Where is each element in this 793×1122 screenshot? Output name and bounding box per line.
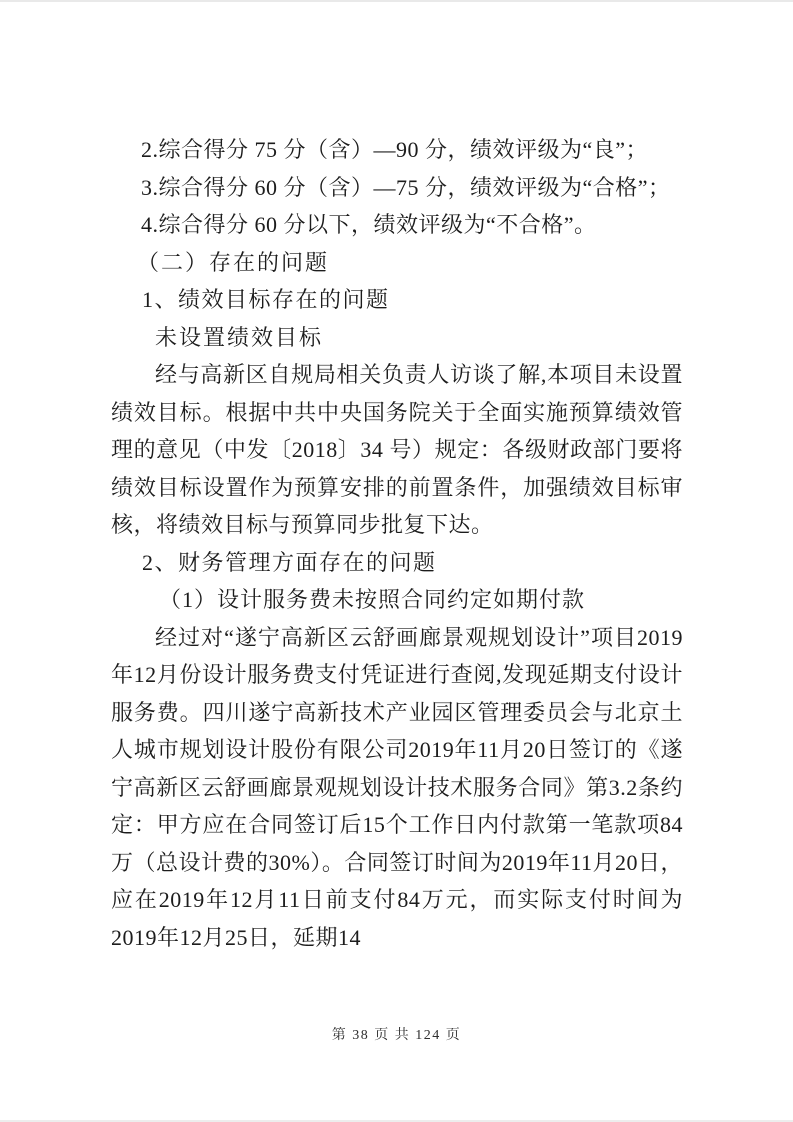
section-heading-problems: （二）存在的问题 (111, 244, 683, 282)
subsection-heading-financial-management-problems: 2、财务管理方面存在的问题 (111, 544, 683, 582)
subsubsection-heading-late-payment: （1）设计服务费未按照合同约定如期付款 (111, 581, 683, 619)
grade-item-2: 2.综合得分 75 分（含）—90 分，绩效评级为“良”； (111, 131, 683, 169)
grade-item-4: 4.综合得分 60 分以下，绩效评级为“不合格”。 (111, 206, 683, 244)
document-body: 2.综合得分 75 分（含）—90 分，绩效评级为“良”； 3.综合得分 60 … (111, 131, 683, 956)
subsection-heading-performance-goal-problems: 1、绩效目标存在的问题 (111, 281, 683, 319)
grade-item-3: 3.综合得分 60 分（含）—75 分，绩效评级为“合格”； (111, 169, 683, 207)
issue-label-no-performance-goal: 未设置绩效目标 (111, 319, 683, 357)
page-number: 第 38 页 共 124 页 (0, 1024, 793, 1044)
paragraph-performance-goal-detail: 经与高新区自规局相关负责人访谈了解,本项目未设置绩效目标。根据中共中央国务院关于… (111, 356, 683, 544)
document-page: 2.综合得分 75 分（含）—90 分，绩效评级为“良”； 3.综合得分 60 … (0, 0, 793, 1122)
paragraph-late-payment-detail: 经过对“遂宁高新区云舒画廊景观规划设计”项目2019年12月份设计服务费支付凭证… (111, 619, 683, 957)
